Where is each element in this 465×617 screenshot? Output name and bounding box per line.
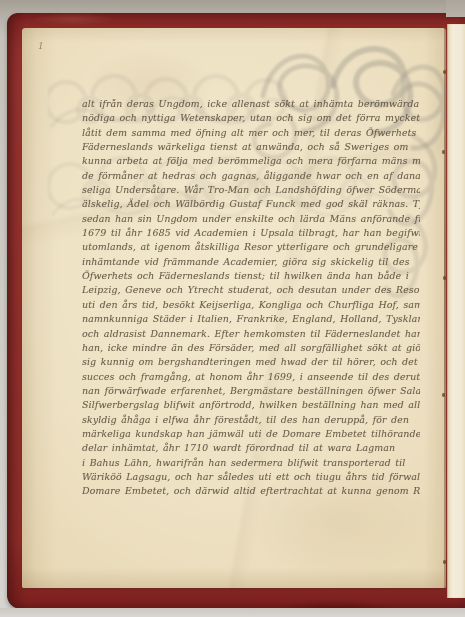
manuscript-line: och aldrasist Dannemark. Efter hemkomste… [82, 329, 420, 343]
manuscript-line: nan förwärfwade erfarenhet, Bergmästare … [82, 386, 420, 400]
manuscript-line: alt ifrån deras Ungdom, icke allenast sö… [82, 99, 420, 113]
manuscript-line: Öfwerhets och Fäderneslands tienst; til … [82, 271, 420, 285]
manuscript-line: succes och framgång, at honom åhr 1699, … [82, 372, 420, 386]
manuscript-text-block: alt ifrån deras Ungdom, icke allenast sö… [82, 99, 420, 509]
manuscript-line: låtit dem samma med öfning alt mer och m… [82, 128, 420, 142]
manuscript-line: han, icke mindre än des Försäder, med al… [82, 343, 420, 357]
manuscript-book-photo: 1 [0, 0, 465, 617]
folio-number: 1 [38, 42, 44, 52]
manuscript-line: 1679 til åhr 1685 vid Academien i Upsala… [82, 228, 420, 242]
page-edge-speck [443, 70, 446, 74]
manuscript-line: utomlands, at igenom åtskilliga Resor yt… [82, 242, 420, 256]
manuscript-line: Fäderneslands wärkeliga tienst at anwänd… [82, 142, 420, 156]
scan-background-bottom [0, 608, 465, 617]
manuscript-line: i Bahus Lähn, hwarifrån han sedermera bl… [82, 458, 420, 472]
page-edge-speck [443, 560, 446, 564]
page-fore-edge [444, 28, 446, 588]
manuscript-line: Wäriköö Lagsagu, och har således uti ett… [82, 472, 420, 486]
manuscript-line: Silfwerbergslag blifwit anförtrodd, hwil… [82, 400, 420, 414]
manuscript-line: älskelig, Ädel och Wälbördig Gustaf Func… [82, 199, 420, 213]
page-edge-speck [443, 276, 446, 280]
manuscript-line: sig kunnig om bergshandteringen med hwad… [82, 357, 420, 371]
manuscript-line: delar inhämtat, åhr 1710 wardt förordnad… [82, 443, 420, 457]
manuscript-line: uti den års tid, besökt Keijserliga, Kon… [82, 300, 420, 314]
manuscript-line: seliga Undersåtare. Wår Tro-Man och Land… [82, 185, 420, 199]
manuscript-line: de förmåner at hedras och gagnas, åligga… [82, 171, 420, 185]
manuscript-line: sedan han sin Ungdom under enskilte och … [82, 214, 420, 228]
page-edge-speck [442, 393, 445, 397]
manuscript-line: inhämtande vid främmande Academier, giör… [82, 257, 420, 271]
manuscript-line: nödiga och nyttiga Wetenskaper, utan och… [82, 113, 420, 127]
page-edge-speck [442, 150, 445, 154]
manuscript-line: skyldig åhåga i elfwa åhr förestådt, til… [82, 415, 420, 429]
next-page-edge [447, 24, 465, 598]
manuscript-line: namnkunniga Städer i Italien, Frankrike,… [82, 314, 420, 328]
manuscript-line: Domare Embetet, och därwid altid eftertr… [82, 486, 420, 500]
manuscript-line: Leipzig, Geneve och Ytrecht studerat, oc… [82, 285, 420, 299]
scan-background-corner [446, 0, 465, 17]
manuscript-line: märkeliga kundskap han jämwäl uti de Dom… [82, 429, 420, 443]
manuscript-line: kunna arbeta at följa med berömmeliga oc… [82, 156, 420, 170]
